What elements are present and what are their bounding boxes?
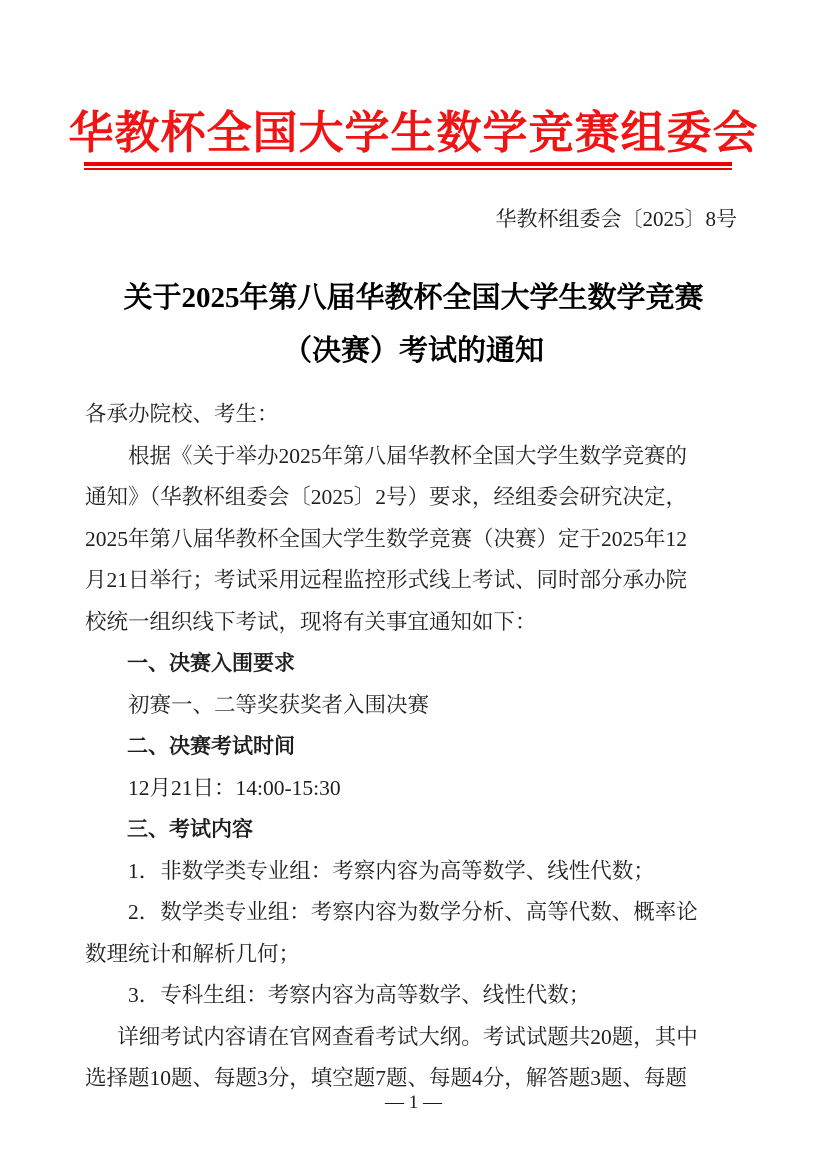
document-title-line1: 关于2025年第八届华教杯全国大学生数学竞赛 [0, 272, 827, 325]
letterhead-divider-thick-line [84, 162, 732, 166]
section-heading: 二、决赛考试时间 [85, 726, 740, 768]
document-title-line2: （决赛）考试的通知 [0, 325, 827, 378]
body-line: 校统一组织线下考试，现将有关事宜通知如下： [85, 602, 740, 644]
document-page: 华教杯全国大学生数学竞赛组委会 华教杯组委会〔2025〕8号 关于2025年第八… [0, 0, 827, 1169]
body-line: 初赛一、二等奖获奖者入围决赛 [85, 685, 740, 727]
body-line: 2025年第八届华教杯全国大学生数学竞赛（决赛）定于2025年12 [85, 519, 740, 561]
letterhead-divider-thin-line [84, 168, 732, 170]
body-line: 12月21日：14:00-15:30 [85, 768, 740, 810]
body-line: 通知》（华教杯组委会〔2025〕2号）要求，经组委会研究决定， [85, 477, 740, 519]
body-line: 详细考试内容请在官网查看考试大纲。考试试题共20题，其中 [85, 1017, 740, 1059]
body-line: 各承办院校、考生： [85, 394, 740, 436]
body-line: 1．非数学类专业组：考察内容为高等数学、线性代数； [85, 851, 740, 893]
section-heading: 一、决赛入围要求 [85, 643, 740, 685]
body-line: 3．专科生组：考察内容为高等数学、线性代数； [85, 975, 740, 1017]
document-reference-number: 华教杯组委会〔2025〕8号 [496, 203, 738, 233]
body-line: 2．数学类专业组：考察内容为数学分析、高等代数、概率论 [85, 892, 740, 934]
page-number: — 1 — [0, 1092, 827, 1114]
letterhead-divider [84, 162, 732, 170]
document-body: 各承办院校、考生：根据《关于举办2025年第八届华教杯全国大学生数学竞赛的通知》… [85, 394, 740, 1100]
document-title: 关于2025年第八届华教杯全国大学生数学竞赛 （决赛）考试的通知 [0, 272, 827, 378]
letterhead-org-name: 华教杯全国大学生数学竞赛组委会 [0, 96, 827, 161]
body-line: 根据《关于举办2025年第八届华教杯全国大学生数学竞赛的 [85, 436, 740, 478]
body-line: 月21日举行；考试采用远程监控形式线上考试、同时部分承办院 [85, 560, 740, 602]
body-line: 数理统计和解析几何； [85, 934, 740, 976]
section-heading: 三、考试内容 [85, 809, 740, 851]
